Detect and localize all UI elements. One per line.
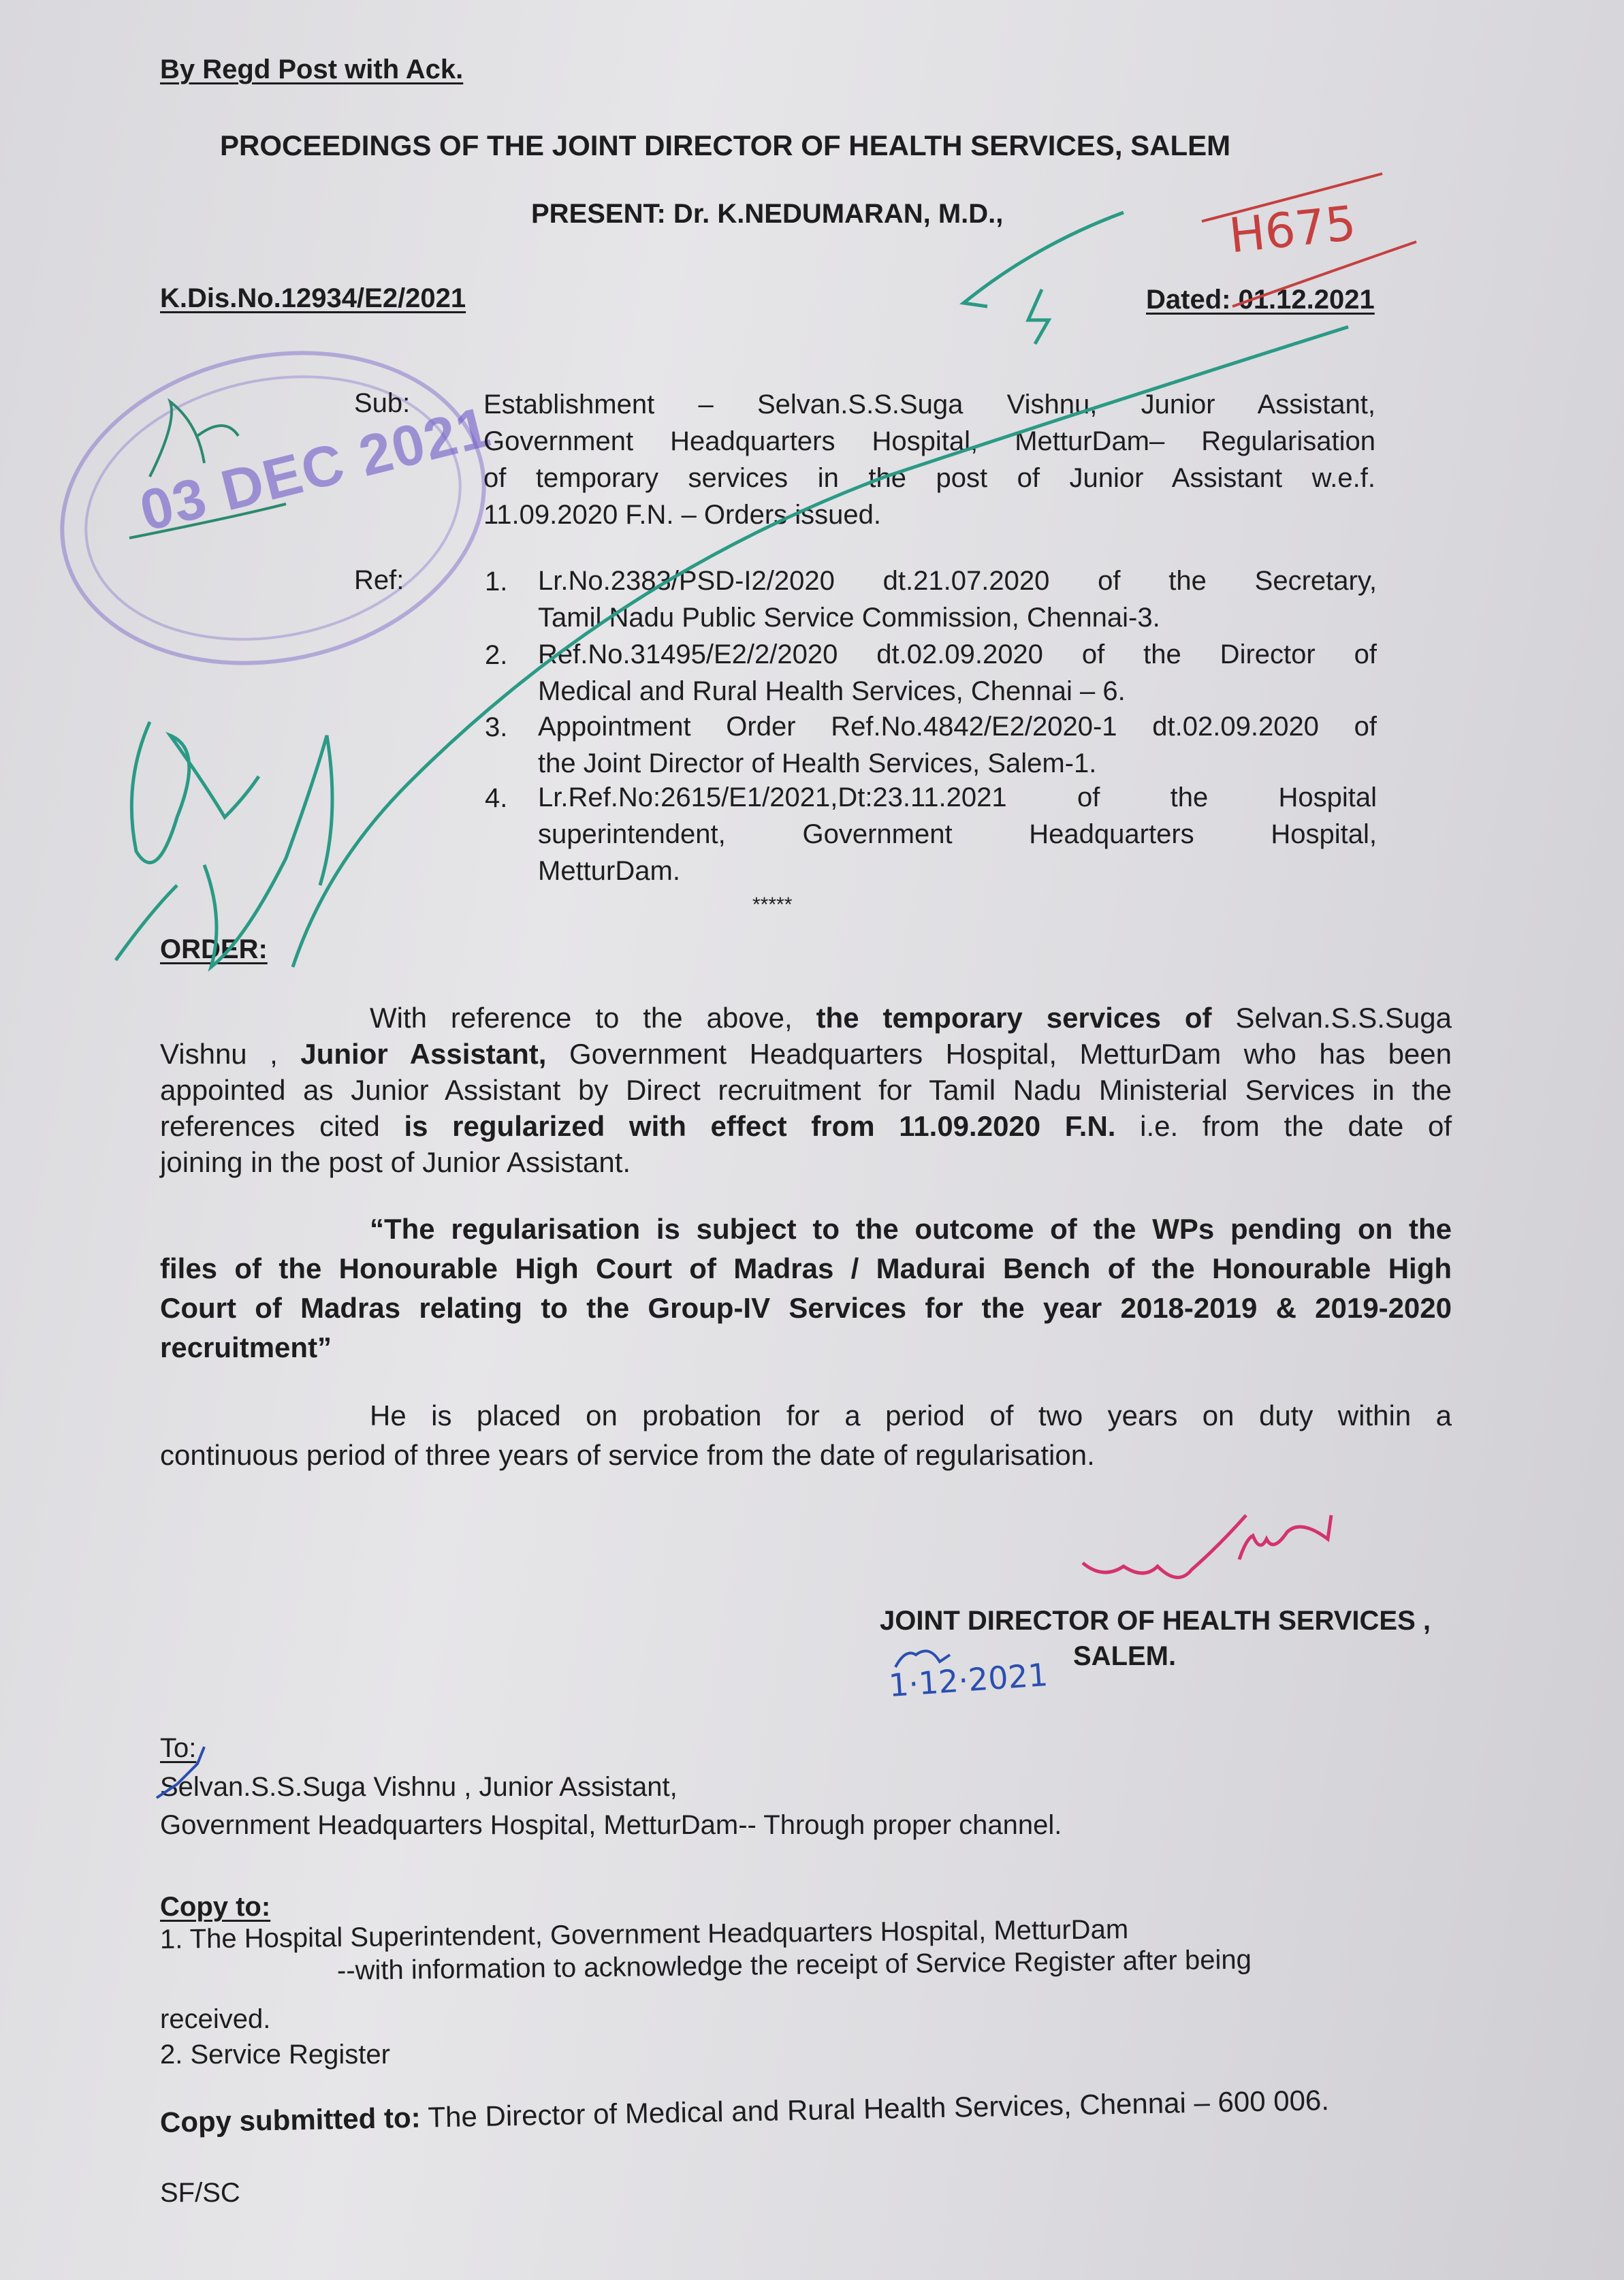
reference-item: Lr.No.2383/PSD-I2/2020 dt.21.07.2020 of … (538, 563, 1377, 636)
copy-to-label: Copy to: (160, 1892, 270, 1922)
to-label: To: (160, 1733, 196, 1764)
copy-to-item-2: 2. Service Register (160, 2040, 390, 2070)
order-label: ORDER: (160, 934, 268, 965)
subject-text: Establishment – Selvan.S.S.Suga Vishnu, … (483, 386, 1375, 533)
document-title: PROCEEDINGS OF THE JOINT DIRECTOR OF HEA… (220, 129, 1230, 162)
document-page: 03 DEC 2021 By Regd Post with Ack. PROCE… (0, 0, 1624, 2280)
reference-number: 3. (485, 712, 507, 743)
reference-number: 4. (485, 783, 507, 814)
reference-number: 1. (485, 567, 507, 597)
signatory-designation: JOINT DIRECTOR OF HEALTH SERVICES , (880, 1606, 1431, 1636)
reference-item: Lr.Ref.No:2615/E1/2021,Dt:23.11.2021 of … (538, 779, 1377, 889)
reference-item: Ref.No.31495/E2/2/2020 dt.02.09.2020 of … (538, 636, 1377, 710)
signature-icon (1083, 1515, 1246, 1577)
dis-number: K.Dis.No.12934/E2/2021 (160, 283, 466, 314)
subject-label: Sub: (354, 388, 410, 419)
reference-label: Ref: (354, 565, 404, 596)
signatory-location: SALEM. (1073, 1641, 1176, 1672)
handwritten-inward-number: H675 (1226, 195, 1358, 264)
handwritten-signature-date: 1·12·2021 (887, 1656, 1049, 1704)
reference-number: 2. (485, 640, 507, 671)
reference-item: Appointment Order Ref.No.4842/E2/2020-1 … (538, 708, 1377, 782)
to-line-1: Selvan.S.S.Suga Vishnu , Junior Assistan… (160, 1772, 678, 1803)
order-paragraph-3: He is placed on probation for a period o… (160, 1396, 1452, 1475)
order-paragraph-2: “The regularisation is subject to the ou… (160, 1209, 1452, 1367)
to-line-2: Government Headquarters Hospital, Mettur… (160, 1810, 1062, 1841)
separator: ***** (752, 893, 792, 917)
present-officer: PRESENT: Dr. K.NEDUMARAN, M.D., (531, 199, 1003, 229)
copy-to-item-1-cont: received. (160, 2004, 270, 2035)
footer-code: SF/SC (160, 2178, 240, 2208)
order-paragraph-1: With reference to the above, the tempora… (160, 1000, 1452, 1180)
copy-submitted: Copy submitted to: The Director of Medic… (160, 2084, 1330, 2139)
delivery-note: By Regd Post with Ack. (160, 54, 463, 85)
dated: Dated: 01.12.2021 (1146, 285, 1375, 315)
